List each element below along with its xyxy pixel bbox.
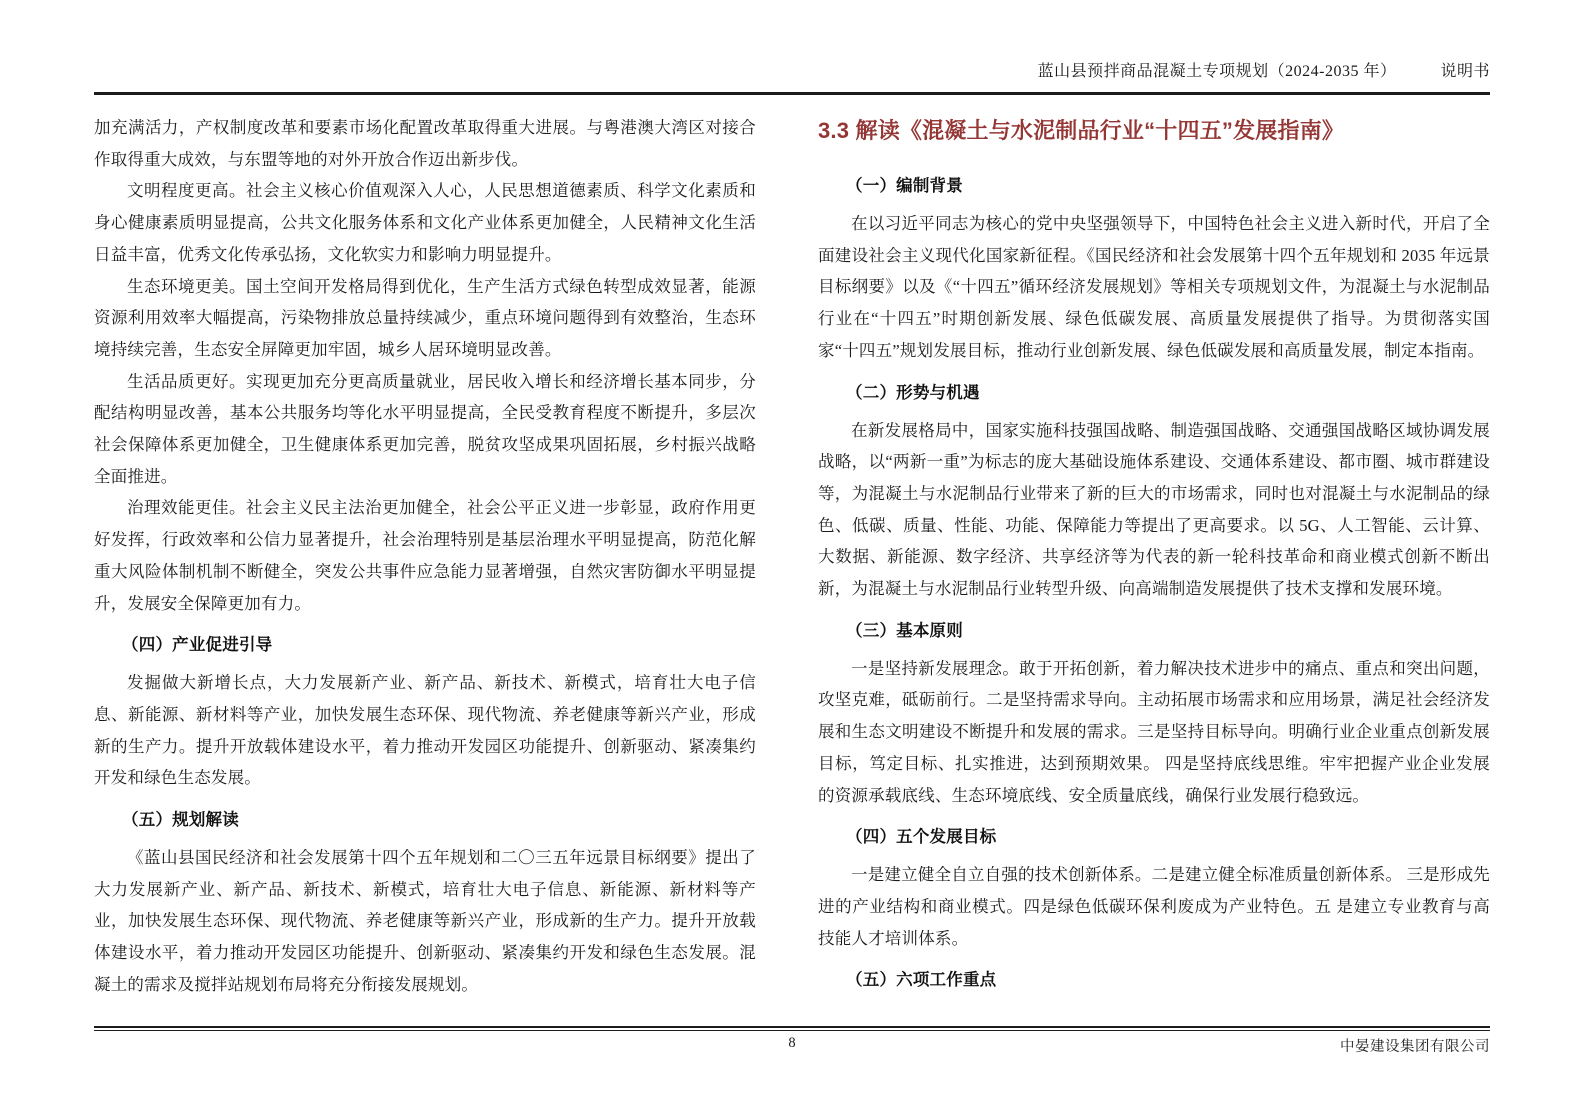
paragraph: 生活品质更好。实现更加充分更高质量就业，居民收入增长和经济增长基本同步，分配结构… bbox=[94, 366, 756, 493]
paragraph: 发掘做大新增长点，大力发展新产业、新产品、新技术、新模式，培育壮大电子信息、新能… bbox=[94, 667, 756, 794]
paragraph: 加充满活力，产权制度改革和要素市场化配置改革取得重大进展。与粤港澳大湾区对接合作… bbox=[94, 112, 756, 175]
footer-rule bbox=[94, 1026, 1490, 1031]
left-column: 加充满活力，产权制度改革和要素市场化配置改革取得重大进展。与粤港澳大湾区对接合作… bbox=[94, 112, 756, 1002]
document-body: 加充满活力，产权制度改革和要素市场化配置改革取得重大进展。与粤港澳大湾区对接合作… bbox=[94, 112, 1490, 1002]
subsection-heading: （五）六项工作重点 bbox=[818, 964, 1490, 996]
paragraph: 文明程度更高。社会主义核心价值观深入人心，人民思想道德素质、科学文化素质和身心健… bbox=[94, 175, 756, 270]
header-doc-label: 说明书 bbox=[1440, 58, 1490, 81]
paragraph: 一是建立健全自立自强的技术创新体系。二是建立健全标准质量创新体系。 三是形成先进… bbox=[818, 859, 1490, 954]
paragraph: 《蓝山县国民经济和社会发展第十四个五年规划和二〇三五年远景目标纲要》提出了大力发… bbox=[94, 842, 756, 1001]
subsection-heading: （三）基本原则 bbox=[818, 615, 1490, 647]
paragraph: 生态环境更美。国土空间开发格局得到优化，生产生活方式绿色转型成效显著，能源资源利… bbox=[94, 271, 756, 366]
subsection-heading: （四）产业促进引导 bbox=[94, 629, 756, 661]
subsection-heading: （二）形势与机遇 bbox=[818, 377, 1490, 409]
page-footer: 8 中晏建设集团有限公司 bbox=[94, 1026, 1490, 1057]
subsection-heading: （四）五个发展目标 bbox=[818, 821, 1490, 853]
footer-company: 中晏建设集团有限公司 bbox=[1340, 1035, 1490, 1056]
paragraph: 一是坚持新发展理念。敢于开拓创新，着力解决技术进步中的痛点、重点和突出问题，攻坚… bbox=[818, 653, 1490, 812]
header-rule bbox=[94, 92, 1490, 95]
header-title: 蓝山县预拌商品混凝土专项规划（2024-2035 年） bbox=[1038, 63, 1397, 80]
page-header: 蓝山县预拌商品混凝土专项规划（2024-2035 年）说明书 bbox=[94, 58, 1490, 81]
paragraph: 在以习近平同志为核心的党中央坚强领导下，中国特色社会主义进入新时代，开启了全面建… bbox=[818, 208, 1490, 367]
subsection-heading: （一）编制背景 bbox=[818, 170, 1490, 202]
paragraph: 治理效能更佳。社会主义民主法治更加健全，社会公平正义进一步彰显，政府作用更好发挥… bbox=[94, 492, 756, 619]
subsection-heading: （五）规划解读 bbox=[94, 804, 756, 836]
paragraph: 在新发展格局中，国家实施科技强国战略、制造强国战略、交通强国战略区域协调发展战略… bbox=[818, 415, 1490, 605]
page-number: 8 bbox=[94, 1035, 1490, 1052]
right-column: 3.3 解读《混凝土与水泥制品行业“十四五”发展指南》 （一）编制背景 在以习近… bbox=[818, 112, 1490, 1002]
document-page: 蓝山县预拌商品混凝土专项规划（2024-2035 年）说明书 加充满活力，产权制… bbox=[0, 0, 1583, 1118]
section-title: 3.3 解读《混凝土与水泥制品行业“十四五”发展指南》 bbox=[818, 116, 1490, 146]
